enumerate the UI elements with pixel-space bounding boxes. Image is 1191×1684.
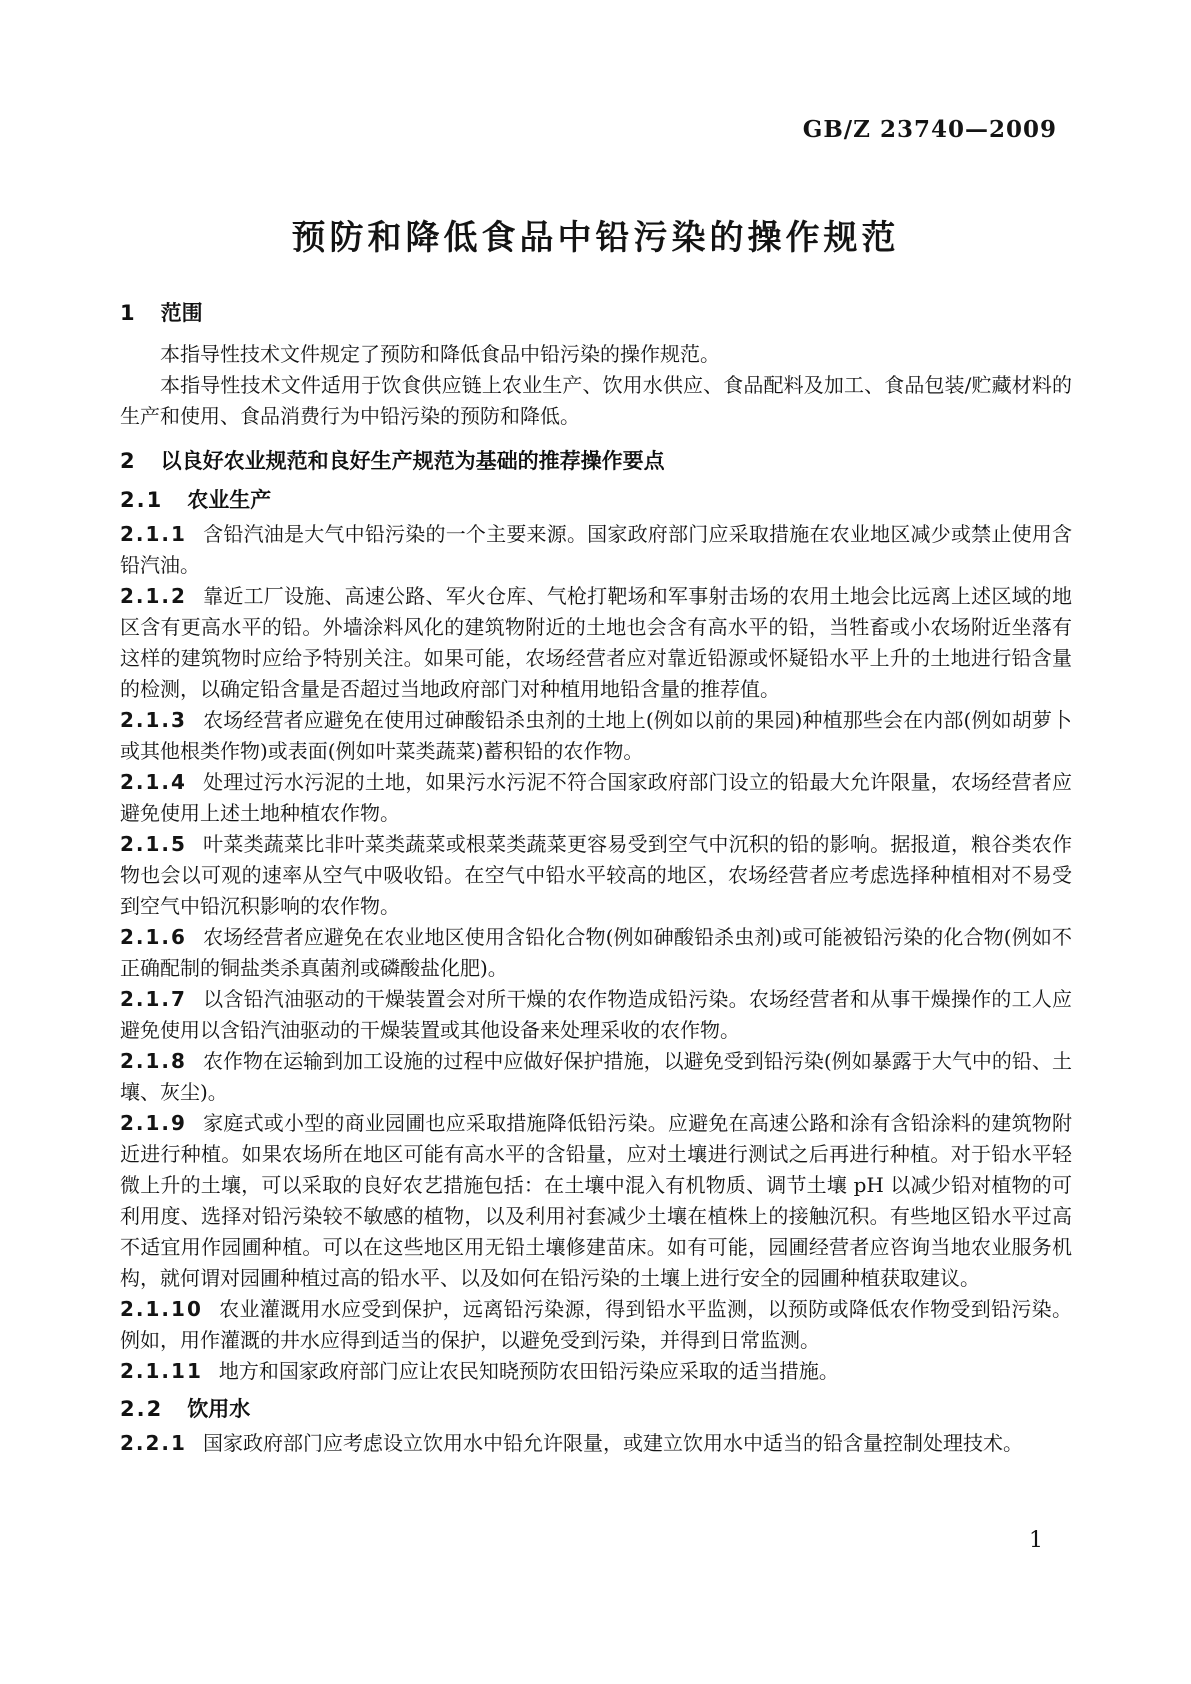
clause-number: 2.1.11: [120, 1359, 203, 1383]
clause-text: 家庭式或小型的商业园圃也应采取措施降低铅污染。应避免在高速公路和涂有含铅涂料的建…: [120, 1111, 1072, 1290]
clause-number: 2.1.10: [120, 1297, 203, 1321]
clause-2-1-9: 2.1.9家庭式或小型的商业园圃也应采取措施降低铅污染。应避免在高速公路和涂有含…: [120, 1108, 1072, 1294]
section-title: 以良好农业规范和良好生产规范为基础的推荐操作要点: [161, 449, 665, 473]
section-number: 2.2: [120, 1397, 163, 1421]
clause-text: 农场经营者应避免在使用过砷酸铅杀虫剂的土地上(例如以前的果园)种植那些会在内部(…: [120, 708, 1072, 763]
clause-2-1-7: 2.1.7以含铅汽油驱动的干燥装置会对所干燥的农作物造成铅污染。农场经营者和从事…: [120, 984, 1072, 1046]
clause-2-1-1: 2.1.1含铅汽油是大气中铅污染的一个主要来源。国家政府部门应采取措施在农业地区…: [120, 519, 1072, 581]
page-number: 1: [1029, 1528, 1043, 1553]
clause-text: 地方和国家政府部门应让农民知晓预防农田铅污染应采取的适当措施。: [219, 1359, 839, 1383]
clause-2-1-8: 2.1.8农作物在运输到加工设施的过程中应做好保护措施，以避免受到铅污染(例如暴…: [120, 1046, 1072, 1108]
clause-2-1-2: 2.1.2靠近工厂设施、高速公路、军火仓库、气枪打靶场和军事射击场的农用土地会比…: [120, 581, 1072, 705]
clause-number: 2.1.3: [120, 708, 187, 732]
standard-number: GB/Z 23740—2009: [803, 116, 1057, 143]
paragraph-scope-2: 本指导性技术文件适用于饮食供应链上农业生产、饮用水供应、食品配料及加工、食品包装…: [120, 370, 1072, 432]
section-number: 2: [120, 449, 137, 473]
document-title: 预防和降低食品中铅污染的操作规范: [0, 210, 1191, 259]
section-title: 范围: [161, 301, 203, 325]
clause-text: 国家政府部门应考虑设立饮用水中铅允许限量，或建立饮用水中适当的铅含量控制处理技术…: [203, 1431, 1023, 1455]
clause-text: 农业灌溉用水应受到保护，远离铅污染源，得到铅水平监测，以预防或降低农作物受到铅污…: [120, 1297, 1072, 1352]
clause-2-1-5: 2.1.5叶菜类蔬菜比非叶菜类蔬菜或根菜类蔬菜更容易受到空气中沉积的铅的影响。据…: [120, 829, 1072, 922]
paragraph-scope-1: 本指导性技术文件规定了预防和降低食品中铅污染的操作规范。: [120, 339, 1072, 370]
clause-number: 2.1.7: [120, 987, 187, 1011]
clause-number: 2.1.8: [120, 1049, 187, 1073]
clause-text: 处理过污水污泥的土地，如果污水污泥不符合国家政府部门设立的铅最大允许限量，农场经…: [120, 770, 1072, 825]
clause-number: 2.1.2: [120, 584, 187, 608]
clause-2-1-6: 2.1.6农场经营者应避免在农业地区使用含铅化合物(例如砷酸铅杀虫剂)或可能被铅…: [120, 922, 1072, 984]
section-number: 2.1: [120, 488, 163, 512]
section-title: 农业生产: [187, 488, 271, 512]
clause-text: 以含铅汽油驱动的干燥装置会对所干燥的农作物造成铅污染。农场经营者和从事干燥操作的…: [120, 987, 1072, 1042]
subsection-heading-agriculture: 2.1农业生产: [120, 487, 1072, 514]
section-heading-scope: 1范围: [120, 300, 1072, 327]
clause-text: 含铅汽油是大气中铅污染的一个主要来源。国家政府部门应采取措施在农业地区减少或禁止…: [120, 522, 1072, 577]
clause-2-1-11: 2.1.11地方和国家政府部门应让农民知晓预防农田铅污染应采取的适当措施。: [120, 1356, 1072, 1387]
document-body: 1范围 本指导性技术文件规定了预防和降低食品中铅污染的操作规范。 本指导性技术文…: [120, 300, 1072, 1459]
clause-text: 农作物在运输到加工设施的过程中应做好保护措施，以避免受到铅污染(例如暴露于大气中…: [120, 1049, 1072, 1104]
section-title: 饮用水: [187, 1397, 250, 1421]
clause-number: 2.1.4: [120, 770, 187, 794]
clause-number: 2.2.1: [120, 1431, 187, 1455]
clause-text: 靠近工厂设施、高速公路、军火仓库、气枪打靶场和军事射击场的农用土地会比远离上述区…: [120, 584, 1072, 701]
clause-number: 2.1.5: [120, 832, 187, 856]
section-number: 1: [120, 301, 137, 325]
clause-2-1-3: 2.1.3农场经营者应避免在使用过砷酸铅杀虫剂的土地上(例如以前的果园)种植那些…: [120, 705, 1072, 767]
clause-number: 2.1.9: [120, 1111, 187, 1135]
clause-text: 农场经营者应避免在农业地区使用含铅化合物(例如砷酸铅杀虫剂)或可能被铅污染的化合…: [120, 925, 1072, 980]
document-page: GB/Z 23740—2009 预防和降低食品中铅污染的操作规范 1范围 本指导…: [0, 0, 1191, 1684]
clause-2-1-4: 2.1.4处理过污水污泥的土地，如果污水污泥不符合国家政府部门设立的铅最大允许限…: [120, 767, 1072, 829]
clause-number: 2.1.1: [120, 522, 187, 546]
clause-number: 2.1.6: [120, 925, 187, 949]
clause-2-2-1: 2.2.1国家政府部门应考虑设立饮用水中铅允许限量，或建立饮用水中适当的铅含量控…: [120, 1428, 1072, 1459]
section-heading-recommendations: 2以良好农业规范和良好生产规范为基础的推荐操作要点: [120, 448, 1072, 475]
clause-2-1-10: 2.1.10农业灌溉用水应受到保护，远离铅污染源，得到铅水平监测，以预防或降低农…: [120, 1294, 1072, 1356]
subsection-heading-drinking-water: 2.2饮用水: [120, 1396, 1072, 1423]
clause-text: 叶菜类蔬菜比非叶菜类蔬菜或根菜类蔬菜更容易受到空气中沉积的铅的影响。据报道，粮谷…: [120, 832, 1072, 918]
